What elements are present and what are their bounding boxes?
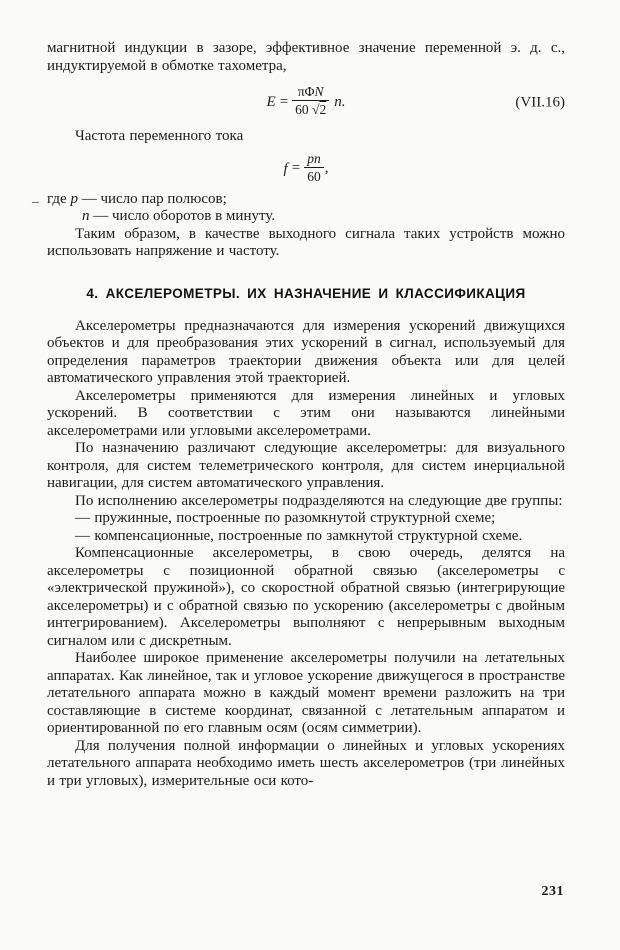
- where-line-n: n — число оборотов в минуту.: [47, 208, 565, 226]
- paragraph: По исполнению акселерометры подразделяют…: [47, 493, 565, 511]
- equation-frequency-body: f=pn60,: [284, 153, 329, 186]
- paragraph-continued: магнитной индукции в зазоре, эффективное…: [47, 40, 565, 75]
- equation-suffix: ,: [325, 160, 329, 176]
- bullet-item: — компенсационные, построенные по замкну…: [47, 528, 565, 546]
- equation-frequency: f=pn60,: [47, 153, 565, 186]
- book-page: магнитной индукции в зазоре, эффективное…: [0, 0, 620, 950]
- fraction: pn60: [304, 151, 324, 184]
- text-column: магнитной индукции в зазоре, эффективное…: [0, 0, 620, 790]
- where-line-p: где p — число пар полюсов;: [47, 191, 565, 209]
- scan-artifact: _: [32, 189, 39, 207]
- equation-lhs: E: [267, 94, 276, 110]
- page-number: 231: [542, 884, 565, 900]
- equation-emf-body: E=πΦN60 √2n.: [267, 86, 346, 119]
- section-heading: 4. АКСЕЛЕРОМЕТРЫ. ИХ НАЗНАЧЕНИЕ И КЛАССИ…: [47, 286, 565, 301]
- bullet-item: — пружинные, построенные по разомкнутой …: [47, 510, 565, 528]
- equation-emf: E=πΦN60 √2n. (VII.16): [47, 86, 565, 119]
- equals-sign: =: [288, 160, 304, 176]
- fraction-numerator: πΦN: [292, 84, 329, 101]
- paragraph-frequency-intro: Частота переменного тока: [47, 128, 565, 146]
- paragraph: Наиболее широкое применение акселерометр…: [47, 650, 565, 738]
- fraction-denominator: 60 √2: [292, 101, 329, 117]
- equation-multiplier: n.: [334, 94, 345, 110]
- paragraph-conclusion: Таким образом, в качестве выходного сигн…: [47, 226, 565, 261]
- equals-sign: =: [276, 94, 292, 110]
- paragraph: По назначению различают следующие акселе…: [47, 440, 565, 493]
- paragraph: Для получения полной информации о линейн…: [47, 738, 565, 791]
- fraction-denominator: 60: [304, 168, 324, 184]
- equation-number: (VII.16): [515, 94, 565, 111]
- fraction: πΦN60 √2: [292, 84, 329, 117]
- where-clause: _ где p — число пар полюсов; n — число о…: [47, 191, 565, 226]
- paragraph: Акселерометры предназначаются для измере…: [47, 318, 565, 388]
- paragraph: Компенсационные акселерометры, в свою оч…: [47, 545, 565, 650]
- fraction-numerator: pn: [304, 151, 324, 168]
- paragraph: Акселерометры применяются для измерения …: [47, 388, 565, 441]
